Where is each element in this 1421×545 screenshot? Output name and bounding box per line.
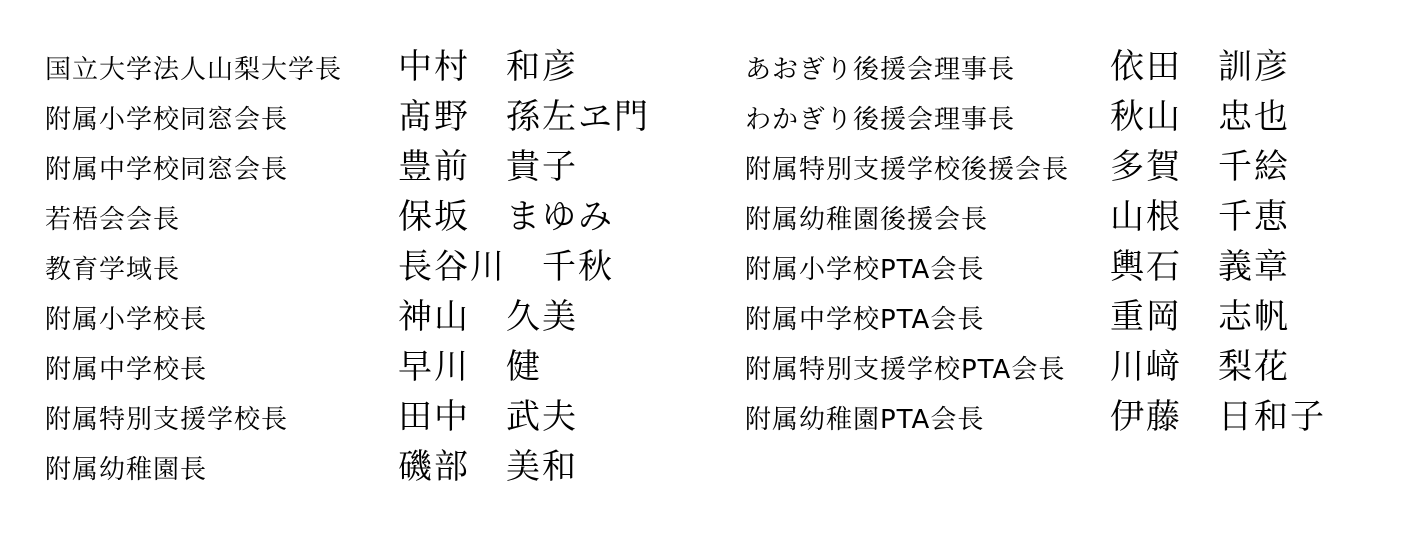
roster-row: わかぎり後援会理事長秋山 忠也 bbox=[745, 92, 1326, 142]
position-title: 附属幼稚園PTA会長 bbox=[745, 395, 1110, 445]
roster-row: 国立大学法人山梨大学長中村 和彦 bbox=[45, 42, 650, 92]
roster-row: 附属中学校同窓会長豊前 貴子 bbox=[45, 142, 650, 192]
person-name: 保坂 まゆみ bbox=[398, 192, 614, 242]
position-title: 附属中学校長 bbox=[45, 345, 398, 395]
person-name: 多賀 千絵 bbox=[1110, 142, 1290, 192]
roster-row: 附属小学校同窓会長髙野 孫左ヱ門 bbox=[45, 92, 650, 142]
roster-row: 若梧会会長保坂 まゆみ bbox=[45, 192, 650, 242]
roster-row: 附属中学校PTA会長重岡 志帆 bbox=[745, 292, 1326, 342]
roster-row: 附属中学校長早川 健 bbox=[45, 342, 650, 392]
roster-row: 附属幼稚園PTA会長伊藤 日和子 bbox=[745, 392, 1326, 442]
officials-roster-right-column: あおぎり後援会理事長依田 訓彦 わかぎり後援会理事長秋山 忠也 附属特別支援学校… bbox=[745, 42, 1326, 442]
roster-row: あおぎり後援会理事長依田 訓彦 bbox=[745, 42, 1326, 92]
position-title: 附属小学校PTA会長 bbox=[745, 245, 1110, 295]
roster-row: 教育学域長長谷川 千秋 bbox=[45, 242, 650, 292]
position-title: 若梧会会長 bbox=[45, 195, 398, 245]
position-title: 附属中学校PTA会長 bbox=[745, 295, 1110, 345]
position-title: 附属特別支援学校後援会長 bbox=[745, 145, 1110, 195]
roster-row: 附属特別支援学校PTA会長川﨑 梨花 bbox=[745, 342, 1326, 392]
position-title: 附属小学校長 bbox=[45, 295, 398, 345]
person-name: 秋山 忠也 bbox=[1110, 92, 1290, 142]
person-name: 依田 訓彦 bbox=[1110, 42, 1290, 92]
person-name: 長谷川 千秋 bbox=[398, 242, 614, 292]
roster-row: 附属特別支援学校後援会長多賀 千絵 bbox=[745, 142, 1326, 192]
position-title: 附属中学校同窓会長 bbox=[45, 145, 398, 195]
roster-row: 附属幼稚園長磯部 美和 bbox=[45, 442, 650, 492]
person-name: 伊藤 日和子 bbox=[1110, 392, 1326, 442]
person-name: 山根 千恵 bbox=[1110, 192, 1290, 242]
person-name: 輿石 義章 bbox=[1110, 242, 1290, 292]
position-title: 附属幼稚園長 bbox=[45, 445, 398, 495]
roster-row: 附属幼稚園後援会長山根 千恵 bbox=[745, 192, 1326, 242]
person-name: 神山 久美 bbox=[398, 292, 578, 342]
person-name: 早川 健 bbox=[398, 342, 542, 392]
person-name: 田中 武夫 bbox=[398, 392, 578, 442]
position-title: 附属特別支援学校PTA会長 bbox=[745, 345, 1110, 395]
roster-row: 附属特別支援学校長田中 武夫 bbox=[45, 392, 650, 442]
officials-roster-left-column: 国立大学法人山梨大学長中村 和彦 附属小学校同窓会長髙野 孫左ヱ門 附属中学校同… bbox=[45, 42, 650, 492]
position-title: 附属幼稚園後援会長 bbox=[745, 195, 1110, 245]
roster-row: 附属小学校長神山 久美 bbox=[45, 292, 650, 342]
person-name: 中村 和彦 bbox=[398, 42, 578, 92]
position-title: 附属小学校同窓会長 bbox=[45, 95, 398, 145]
person-name: 豊前 貴子 bbox=[398, 142, 578, 192]
person-name: 重岡 志帆 bbox=[1110, 292, 1290, 342]
person-name: 髙野 孫左ヱ門 bbox=[398, 92, 650, 142]
position-title: あおぎり後援会理事長 bbox=[745, 45, 1110, 95]
roster-row: 附属小学校PTA会長輿石 義章 bbox=[745, 242, 1326, 292]
position-title: 国立大学法人山梨大学長 bbox=[45, 45, 398, 95]
position-title: わかぎり後援会理事長 bbox=[745, 95, 1110, 145]
person-name: 川﨑 梨花 bbox=[1110, 342, 1290, 392]
position-title: 教育学域長 bbox=[45, 245, 398, 295]
position-title: 附属特別支援学校長 bbox=[45, 395, 398, 445]
person-name: 磯部 美和 bbox=[398, 442, 578, 492]
